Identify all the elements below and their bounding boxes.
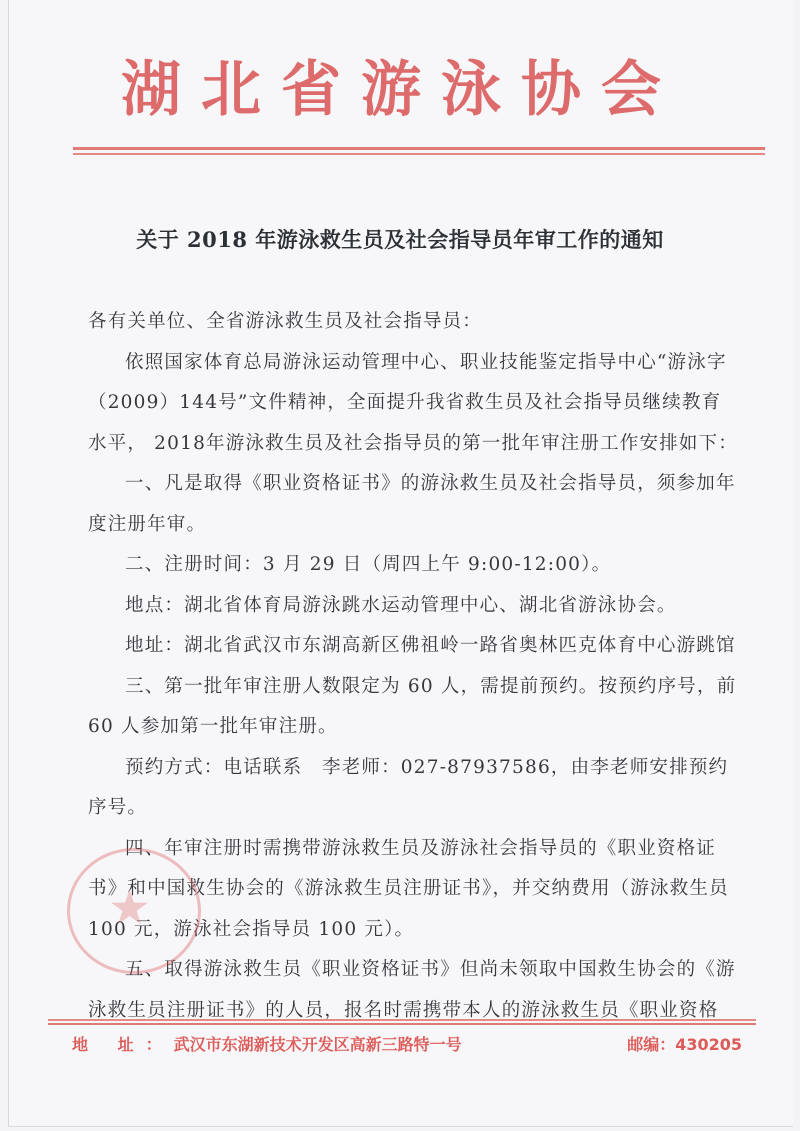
footer-postcode: 邮编：430205: [627, 1032, 742, 1055]
salutation: 各有关单位、全省游泳救生员及社会指导员：: [88, 302, 738, 343]
paragraph-item-2-time: 二、注册时间：3 月 29 日（周四上午 9:00-12:00）。: [88, 545, 738, 586]
letterhead-title: 湖北省游泳协会: [9, 52, 793, 128]
paragraph-booking: 预约方式：电话联系 李老师：027-87937586，由李老师安排预约序号。: [88, 748, 738, 829]
footer-postcode-label: 邮编：: [627, 1035, 675, 1054]
footer-address-label: 地 址：: [72, 1035, 174, 1054]
paragraph-item-1: 一、凡是取得《职业资格证书》的游泳救生员及社会指导员，须参加年度注册年审。: [88, 464, 738, 545]
footer-address-value: 武汉市东湖新技术开发区高新三路特一号: [174, 1035, 462, 1054]
footer-divider: [48, 1019, 756, 1021]
paragraph-item-3: 三、第一批年审注册人数限定为 60 人，需提前预约。按预约序号，前 60 人参加…: [88, 667, 738, 748]
letterhead-divider: [73, 147, 765, 150]
notice-title: 关于 2018 年游泳救生员及社会指导员年审工作的通知: [0, 224, 800, 254]
letterhead-footer: 地 址：武汉市东湖新技术开发区高新三路特一号 邮编：430205: [72, 1032, 742, 1055]
seal-star-icon: ★: [108, 880, 151, 936]
footer-postcode-value: 430205: [675, 1035, 742, 1054]
paragraph-address: 地址：湖北省武汉市东湖高新区佛祖岭一路省奥林匹克体育中心游跳馆: [88, 626, 738, 667]
letterhead-divider-thin: [73, 153, 765, 155]
footer-divider-thick: [48, 1023, 756, 1025]
footer-address: 地 址：武汉市东湖新技术开发区高新三路特一号: [72, 1032, 462, 1055]
paragraph-intro: 依照国家体育总局游泳运动管理中心、职业技能鉴定指导中心“游泳字（2009）144…: [88, 343, 738, 465]
paragraph-location: 地点：湖北省体育局游泳跳水运动管理中心、湖北省游泳协会。: [88, 586, 738, 627]
